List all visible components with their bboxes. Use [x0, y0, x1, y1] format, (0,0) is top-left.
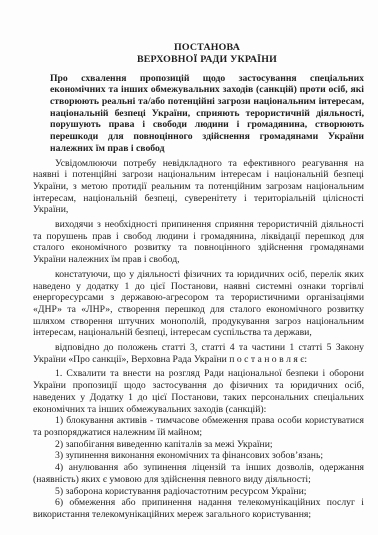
- document-subject: Про схвалення пропозицій щодо застосуван…: [50, 73, 364, 155]
- document-type-title: ПОСТАНОВА: [50, 42, 364, 54]
- document-title: ПОСТАНОВА ВЕРХОВНОЇ РАДИ УКРАЇНИ: [50, 42, 364, 66]
- preamble-paragraph-2: виходячи з необхідності припинення сприя…: [33, 219, 364, 266]
- issuing-body-title: ВЕРХОВНОЇ РАДИ УКРАЇНИ: [50, 54, 364, 66]
- document-page: ПОСТАНОВА ВЕРХОВНОЇ РАДИ УКРАЇНИ Про схв…: [0, 0, 378, 535]
- sanction-measure-2: 2) запобігання виведенню капіталів за ме…: [33, 439, 364, 451]
- preamble-paragraph-4: відповідно до положень статті 3, статті …: [33, 342, 364, 365]
- sanction-measure-5: 5) заборона користування радіочастотним …: [33, 486, 364, 498]
- preamble-paragraph-3: констатуючи, що у діяльності фізичних та…: [33, 269, 364, 339]
- resolution-clause-1: 1. Схвалити та внести на розгляд Ради на…: [33, 368, 364, 415]
- sanction-measure-1: 1) блокування активів - тимчасове обмеже…: [33, 415, 364, 438]
- sanction-measure-3: 3) зупинення виконання економічних та фі…: [33, 450, 364, 462]
- sanction-measure-6: 6) обмеження або припинення надання теле…: [33, 497, 364, 520]
- preamble-paragraph-1: Усвідомлюючи потребу невідкладного та еф…: [33, 158, 364, 217]
- sanction-measure-4: 4) анулювання або зупинення ліцензій та …: [33, 462, 364, 485]
